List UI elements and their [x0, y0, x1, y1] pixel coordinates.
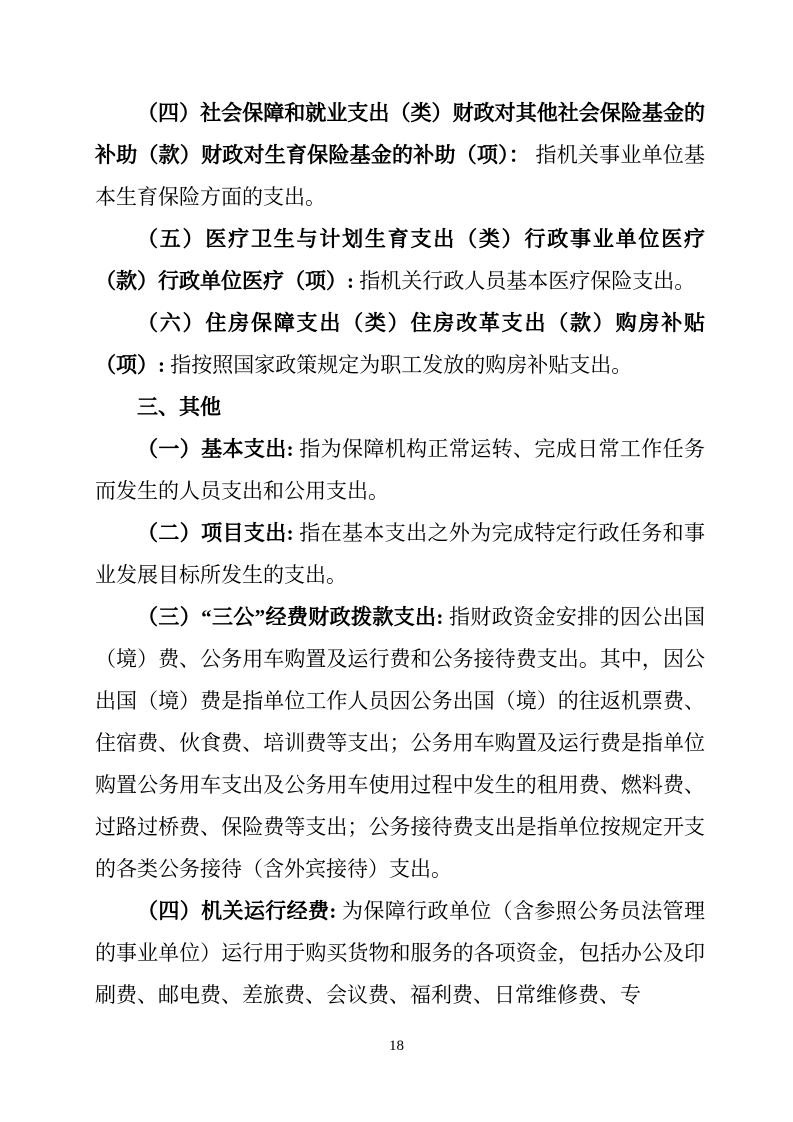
paragraph-text: 指按照国家政策规定为职工发放的购房补贴支出。 — [170, 353, 632, 377]
paragraph: （四）机关运行经费: 为保障行政单位（含参照公务员法管理的事业单位）运行用于购买… — [95, 890, 705, 1016]
section-heading: 三、其他 — [95, 386, 705, 428]
paragraph: （四）社会保障和就业支出（类）财政对其他社会保险基金的补助（款）财政对生育保险基… — [95, 92, 705, 218]
paragraph: （五）医疗卫生与计划生育支出（类）行政事业单位医疗（款）行政单位医疗（项）: 指… — [95, 218, 705, 302]
paragraph-lead: （四）机关运行经费: — [137, 899, 336, 923]
page-number: 18 — [0, 1036, 793, 1056]
paragraph: （一）基本支出: 指为保障机构正常运转、完成日常工作任务而发生的人员支出和公用支… — [95, 428, 705, 512]
paragraph-text: 指机关行政人员基本医疗保险支出。 — [359, 269, 695, 293]
paragraph: （六）住房保障支出（类）住房改革支出（款）购房补贴（项）: 指按照国家政策规定为… — [95, 302, 705, 386]
paragraph-lead: （一）基本支出: — [137, 437, 294, 461]
paragraph-text: 指财政资金安排的因公出国（境）费、公务用车购置及运行费和公务接待费支出。其中，因… — [95, 605, 705, 881]
paragraph: （三）“三公”经费财政拨款支出: 指财政资金安排的因公出国（境）费、公务用车购置… — [95, 596, 705, 890]
paragraph-lead: （二）项目支出: — [137, 521, 294, 545]
paragraph: （二）项目支出: 指在基本支出之外为完成特定行政任务和事业发展目标所发生的支出。 — [95, 512, 705, 596]
document-body: （四）社会保障和就业支出（类）财政对其他社会保险基金的补助（款）财政对生育保险基… — [95, 92, 705, 1016]
document-page: （四）社会保障和就业支出（类）财政对其他社会保险基金的补助（款）财政对生育保险基… — [0, 0, 793, 1122]
paragraph-lead: （三）“三公”经费财政拨款支出: — [137, 605, 443, 629]
